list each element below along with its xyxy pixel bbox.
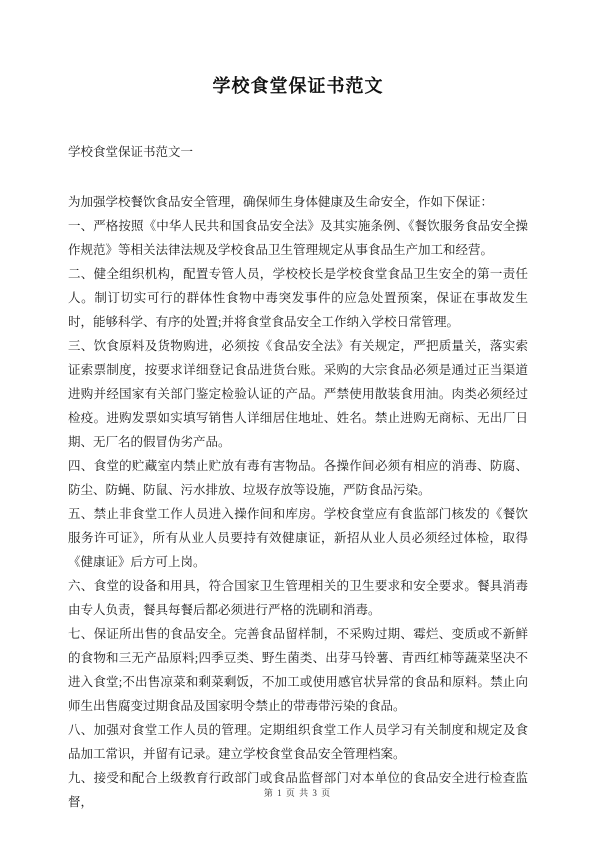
document-subtitle: 学校食堂保证书范文一 [68, 144, 528, 160]
paragraph-item-7: 七、保证所出售的食品安全。完善食品留样制，不采购过期、霉烂、变质或不新鲜的食物和… [68, 622, 528, 718]
document-body: 为加强学校餐饮食品安全管理，确保师生身体健康及生命安全，作如下保证： 一、严格按… [68, 190, 528, 814]
paragraph-item-5: 五、禁止非食堂工作人员进入操作间和库房。学校食堂应有食监部门核发的《餐饮服务许可… [68, 502, 528, 574]
paragraph-item-4: 四、食堂的贮藏室内禁止贮放有毒有害物品。各操作间必须有相应的消毒、防腐、防尘、防… [68, 454, 528, 502]
paragraph-intro: 为加强学校餐饮食品安全管理，确保师生身体健康及生命安全，作如下保证： [68, 190, 528, 214]
paragraph-item-3: 三、饮食原料及货物购进，必须按《食品安全法》有关规定，严把质量关，落实索证索票制… [68, 334, 528, 454]
page-number-footer: 第 1 页 共 3 页 [0, 787, 595, 799]
paragraph-item-6: 六、食堂的设备和用具，符合国家卫生管理相关的卫生要求和安全要求。餐具消毒由专人负… [68, 574, 528, 622]
document-title: 学校食堂保证书范文 [68, 74, 528, 98]
paragraph-item-8: 八、加强对食堂工作人员的管理。定期组织食堂工作人员学习有关制度和规定及食品加工常… [68, 718, 528, 766]
document-page: 学校食堂保证书范文 学校食堂保证书范文一 为加强学校餐饮食品安全管理，确保师生身… [0, 0, 595, 841]
paragraph-item-1: 一、严格按照《中华人民共和国食品安全法》及其实施条例、《餐饮服务食品安全操作规范… [68, 214, 528, 262]
paragraph-item-2: 二、健全组织机构，配置专管人员，学校校长是学校食堂食品卫生安全的第一责任人。制订… [68, 262, 528, 334]
